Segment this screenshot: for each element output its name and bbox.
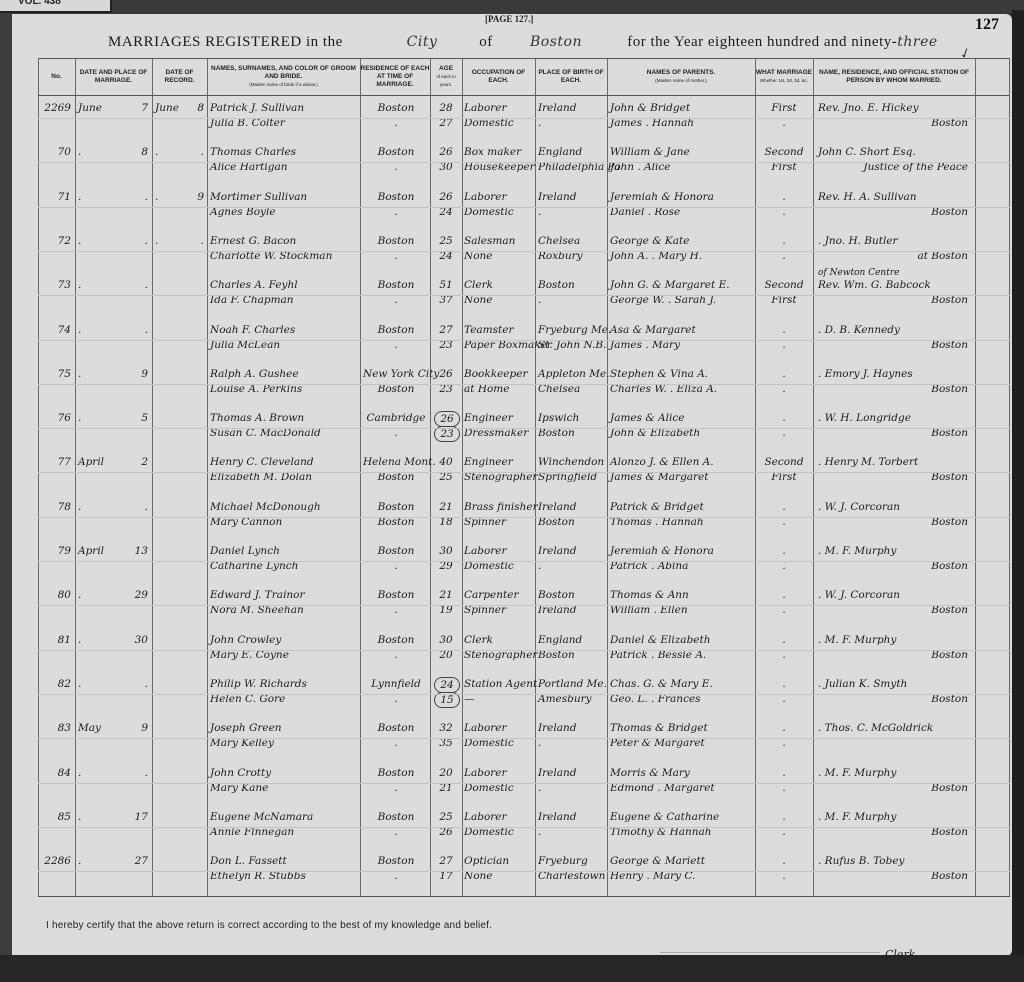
- marriage-month: .: [78, 810, 118, 824]
- row-divider: [38, 738, 1010, 739]
- groom-marriage-number: .: [756, 677, 812, 691]
- groom-age: 28: [432, 101, 460, 115]
- groom-birthplace: Ireland: [538, 500, 606, 514]
- title-prefix: MARRIAGES REGISTERED in the: [108, 34, 343, 50]
- groom-age: 20: [432, 766, 460, 780]
- groom-occupation: Laborer: [464, 101, 534, 115]
- record-number: 71: [38, 190, 71, 204]
- groom-parents: Stephen & Vina A.: [610, 367, 754, 381]
- groom-residence: Boston: [363, 500, 429, 514]
- marriage-day: .: [120, 278, 148, 292]
- officiant-name: John C. Short Esq.: [818, 145, 973, 159]
- marriage-day: 9: [120, 721, 148, 735]
- header-blank: [975, 59, 1009, 96]
- marriage-month: .: [78, 234, 118, 248]
- marriage-month: .: [78, 278, 118, 292]
- groom-birthplace: Appleton Me.: [538, 367, 606, 381]
- groom-parents: George & Kate: [610, 234, 754, 248]
- groom-age: 30: [432, 544, 460, 558]
- officiant-name: . M. F. Murphy: [818, 544, 973, 558]
- groom-parents: Chas. G. & Mary E.: [610, 677, 754, 691]
- groom-name: Thomas Charles: [210, 145, 360, 159]
- record-number: 80: [38, 588, 71, 602]
- groom-occupation: Clerk: [464, 633, 534, 647]
- groom-name: Henry C. Cleveland: [210, 455, 360, 469]
- groom-marriage-number: .: [756, 633, 812, 647]
- officiant-name: . Henry M. Torbert: [818, 455, 973, 469]
- marriage-day: 9: [120, 367, 148, 381]
- marriage-month: .: [78, 854, 118, 868]
- header-no: No.: [38, 59, 75, 96]
- marriage-day: .: [120, 323, 148, 337]
- groom-residence: Boston: [363, 145, 429, 159]
- groom-parents: Jeremiah & Honora: [610, 190, 754, 204]
- municipality-type: City: [387, 34, 457, 50]
- groom-age: 27: [432, 854, 460, 868]
- row-divider: [38, 561, 1010, 562]
- groom-birthplace: Boston: [538, 278, 606, 292]
- groom-name: Joseph Green: [210, 721, 360, 735]
- groom-parents: Jeremiah & Honora: [610, 544, 754, 558]
- record-month: .: [155, 234, 189, 248]
- marriage-day: 17: [120, 810, 148, 824]
- header-date-record: DATE OF RECORD.: [152, 59, 207, 96]
- groom-marriage-number: .: [756, 190, 812, 204]
- groom-name: Eugene McNamara: [210, 810, 360, 824]
- page-number: 127: [975, 16, 999, 34]
- record-month: .: [155, 145, 189, 159]
- officiant-name: . Julian K. Smyth: [818, 677, 973, 691]
- groom-birthplace: Fryeburg Me.: [538, 323, 606, 337]
- marriage-month: .: [78, 367, 118, 381]
- officiant-name: Rev. Jno. E. Hickey: [818, 101, 973, 115]
- header-occupation: OCCUPATION OF EACH.: [462, 59, 535, 96]
- record-number: 83: [38, 721, 71, 735]
- groom-residence: Boston: [363, 633, 429, 647]
- officiant-name: . W. H. Longridge: [818, 411, 973, 425]
- groom-residence: Helena Mont.: [363, 455, 429, 469]
- scan-border-bottom: [0, 955, 1024, 982]
- record-month: June: [155, 101, 189, 115]
- officiant-name: . W. J. Corcoran: [818, 588, 973, 602]
- marriage-day: 5: [120, 411, 148, 425]
- groom-marriage-number: .: [756, 588, 812, 602]
- record-number: 2269: [38, 101, 71, 115]
- groom-parents: Thomas & Bridget: [610, 721, 754, 735]
- groom-occupation: Station Agent: [464, 677, 534, 691]
- row-divider: [38, 783, 1010, 784]
- groom-occupation: Laborer: [464, 721, 534, 735]
- groom-occupation: Laborer: [464, 544, 534, 558]
- groom-residence: Boston: [363, 810, 429, 824]
- row-divider: [38, 650, 1010, 651]
- row-divider: [38, 517, 1010, 518]
- groom-parents: Eugene & Catharine: [610, 810, 754, 824]
- marriage-day: .: [120, 766, 148, 780]
- officiant-name: . M. F. Murphy: [818, 766, 973, 780]
- groom-residence: Boston: [363, 323, 429, 337]
- groom-marriage-number: .: [756, 411, 812, 425]
- row-divider: [38, 472, 1010, 473]
- marriage-month: .: [78, 145, 118, 159]
- groom-parents: Morris & Mary: [610, 766, 754, 780]
- row-divider: [38, 871, 1010, 872]
- groom-parents: Patrick & Bridget: [610, 500, 754, 514]
- volume-tab: VOL. 438: [0, 0, 112, 13]
- officiant-name: . D. B. Kennedy: [818, 323, 973, 337]
- clerk-signature-label: Clerk.: [885, 948, 919, 961]
- groom-birthplace: Fryeburg: [538, 854, 606, 868]
- groom-marriage-number: .: [756, 766, 812, 780]
- record-number: 81: [38, 633, 71, 647]
- marriage-month: .: [78, 323, 118, 337]
- groom-marriage-number: .: [756, 367, 812, 381]
- groom-birthplace: Ireland: [538, 766, 606, 780]
- groom-age: 26: [434, 411, 460, 427]
- groom-birthplace: England: [538, 145, 606, 159]
- record-number: 70: [38, 145, 71, 159]
- officiant-name: . Thos. C. McGoldrick: [818, 721, 973, 735]
- groom-birthplace: Chelsea: [538, 234, 606, 248]
- record-number: 78: [38, 500, 71, 514]
- officiant-name: . Jno. H. Butler: [818, 234, 973, 248]
- marriage-day: 2: [120, 455, 148, 469]
- marriage-day: 27: [120, 854, 148, 868]
- record-number: 76: [38, 411, 71, 425]
- marriage-month: April: [78, 544, 118, 558]
- row-divider: [38, 251, 1010, 252]
- marriage-day: 30: [120, 633, 148, 647]
- groom-residence: Boston: [363, 766, 429, 780]
- marriage-day: 13: [120, 544, 148, 558]
- of-label: of: [479, 34, 493, 50]
- groom-marriage-number: First: [756, 101, 812, 115]
- header-names: NAMES, SURNAMES, AND COLOR OF GROOM AND …: [207, 59, 360, 96]
- groom-marriage-number: Second: [756, 145, 812, 159]
- record-day: 8: [188, 101, 204, 115]
- marriage-month: .: [78, 633, 118, 647]
- officiant-name: . W. J. Corcoran: [818, 500, 973, 514]
- groom-parents: James & Alice: [610, 411, 754, 425]
- groom-birthplace: England: [538, 633, 606, 647]
- year-suffix: three: [897, 34, 937, 50]
- groom-parents: Daniel & Elizabeth: [610, 633, 754, 647]
- marriage-register-table: No. DATE AND PLACE OF MARRIAGE. DATE OF …: [38, 58, 1010, 897]
- groom-name: Mortimer Sullivan: [210, 190, 360, 204]
- marriage-month: .: [78, 677, 118, 691]
- groom-birthplace: Ireland: [538, 810, 606, 824]
- groom-age: 26: [432, 145, 460, 159]
- groom-birthplace: Ireland: [538, 190, 606, 204]
- header-age: AGEof each in years.: [430, 59, 462, 96]
- row-divider: [38, 605, 1010, 606]
- groom-parents: George & Mariett: [610, 854, 754, 868]
- groom-residence: Boston: [363, 234, 429, 248]
- groom-residence: Boston: [363, 190, 429, 204]
- groom-age: 51: [432, 278, 460, 292]
- groom-age: 32: [432, 721, 460, 735]
- marriage-month: .: [78, 588, 118, 602]
- marriage-month: .: [78, 766, 118, 780]
- groom-occupation: Box maker: [464, 145, 534, 159]
- groom-name: Ernest G. Bacon: [210, 234, 360, 248]
- groom-occupation: Brass finisher: [464, 500, 534, 514]
- groom-name: John Crowley: [210, 633, 360, 647]
- row-divider: [38, 428, 1010, 429]
- groom-age: 25: [432, 234, 460, 248]
- groom-age: 21: [432, 588, 460, 602]
- marriage-day: .: [120, 190, 148, 204]
- header-officiant: NAME, RESIDENCE, AND OFFICIAL STATION OF…: [813, 59, 975, 96]
- groom-age: 30: [432, 633, 460, 647]
- officiant-name: . Rufus B. Tobey: [818, 854, 973, 868]
- marriage-day: 29: [120, 588, 148, 602]
- groom-residence: New York City: [363, 367, 429, 381]
- groom-age: 26: [432, 190, 460, 204]
- groom-marriage-number: .: [756, 234, 812, 248]
- groom-age: 27: [432, 323, 460, 337]
- groom-name: John Crotty: [210, 766, 360, 780]
- groom-birthplace: Boston: [538, 588, 606, 602]
- scan-border-top: [0, 0, 1024, 14]
- row-divider: [38, 118, 1010, 119]
- header-which-marriage: WHAT MARRIAGEWhether 1st, 2d, 3d, &c.: [755, 59, 813, 96]
- record-number: 82: [38, 677, 71, 691]
- groom-age: 26: [432, 367, 460, 381]
- officiant-name: Rev. Wm. G. Babcock: [818, 278, 973, 292]
- certification-text: I hereby certify that the above return i…: [46, 920, 492, 931]
- record-month: .: [155, 190, 189, 204]
- groom-residence: Boston: [363, 278, 429, 292]
- signature-line: [660, 952, 880, 953]
- groom-birthplace: Winchendon: [538, 455, 606, 469]
- groom-occupation: Engineer: [464, 455, 534, 469]
- groom-parents: John G. & Margaret E.: [610, 278, 754, 292]
- officiant-name: . Emory J. Haynes: [818, 367, 973, 381]
- groom-occupation: Bookkeeper: [464, 367, 534, 381]
- groom-occupation: Laborer: [464, 810, 534, 824]
- row-divider: [38, 827, 1010, 828]
- row-divider: [38, 162, 1010, 163]
- groom-birthplace: Ireland: [538, 544, 606, 558]
- header-parents: NAMES OF PARENTS.(Maiden name of mother.…: [607, 59, 755, 96]
- groom-name: Michael McDonough: [210, 500, 360, 514]
- row-divider: [38, 384, 1010, 385]
- record-number: 77: [38, 455, 71, 469]
- marriage-day: 7: [120, 101, 148, 115]
- marriage-day: .: [120, 500, 148, 514]
- officiant-name: . M. F. Murphy: [818, 633, 973, 647]
- record-number: 2286: [38, 854, 71, 868]
- groom-occupation: Optician: [464, 854, 534, 868]
- groom-name: Philip W. Richards: [210, 677, 360, 691]
- groom-birthplace: Ireland: [538, 721, 606, 735]
- groom-occupation: Teamster: [464, 323, 534, 337]
- record-number: 79: [38, 544, 71, 558]
- groom-name: Don L. Fassett: [210, 854, 360, 868]
- municipality-name: Boston: [511, 34, 601, 50]
- groom-marriage-number: Second: [756, 455, 812, 469]
- groom-marriage-number: .: [756, 854, 812, 868]
- groom-occupation: Carpenter: [464, 588, 534, 602]
- groom-parents: John & Bridget: [610, 101, 754, 115]
- record-day: 9: [188, 190, 204, 204]
- record-number: 73: [38, 278, 71, 292]
- groom-name: Noah F. Charles: [210, 323, 360, 337]
- record-number: 72: [38, 234, 71, 248]
- scan-border-left: [0, 10, 12, 982]
- marriage-month: June: [78, 101, 118, 115]
- groom-name: Patrick J. Sullivan: [210, 101, 360, 115]
- groom-marriage-number: Second: [756, 278, 812, 292]
- groom-residence: Boston: [363, 854, 429, 868]
- page-label: [PAGE 127.]: [485, 14, 533, 24]
- groom-parents: William & Jane: [610, 145, 754, 159]
- groom-birthplace: Ireland: [538, 101, 606, 115]
- record-day: .: [188, 145, 204, 159]
- groom-marriage-number: .: [756, 323, 812, 337]
- groom-residence: Boston: [363, 544, 429, 558]
- groom-residence: Boston: [363, 588, 429, 602]
- record-number: 85: [38, 810, 71, 824]
- record-number: 75: [38, 367, 71, 381]
- groom-name: Edward J. Trainor: [210, 588, 360, 602]
- groom-birthplace: Ipswich: [538, 411, 606, 425]
- row-divider: [38, 340, 1010, 341]
- groom-age: 21: [432, 500, 460, 514]
- header-date-place: DATE AND PLACE OF MARRIAGE.: [75, 59, 152, 96]
- groom-occupation: Clerk: [464, 278, 534, 292]
- groom-residence: Lynnfield: [363, 677, 429, 691]
- record-number: 84: [38, 766, 71, 780]
- groom-parents: Thomas & Ann: [610, 588, 754, 602]
- groom-age: 40: [432, 455, 460, 469]
- groom-name: Ralph A. Gushee: [210, 367, 360, 381]
- officiant-name: Rev. H. A. Sullivan: [818, 190, 973, 204]
- header-birthplace: PLACE OF BIRTH OF EACH.: [535, 59, 607, 96]
- marriage-month: .: [78, 411, 118, 425]
- year-prefix: for the Year eighteen hundred and ninety…: [627, 34, 897, 50]
- groom-residence: Boston: [363, 721, 429, 735]
- groom-parents: Asa & Margaret: [610, 323, 754, 337]
- groom-age: 24: [434, 677, 460, 693]
- groom-occupation: Laborer: [464, 766, 534, 780]
- groom-occupation: Engineer: [464, 411, 534, 425]
- page-title: MARRIAGES REGISTERED in the City of Bost…: [108, 34, 938, 51]
- marriage-day: .: [120, 677, 148, 691]
- header-residence: RESIDENCE OF EACH AT TIME OF MARRIAGE.: [360, 59, 430, 96]
- scan-border-right: [1012, 10, 1024, 960]
- marriage-month: May: [78, 721, 118, 735]
- row-divider: [38, 207, 1010, 208]
- groom-name: Daniel Lynch: [210, 544, 360, 558]
- officiant-name: . M. F. Murphy: [818, 810, 973, 824]
- groom-birthplace: Portland Me.: [538, 677, 606, 691]
- record-number: 74: [38, 323, 71, 337]
- groom-marriage-number: .: [756, 500, 812, 514]
- groom-marriage-number: .: [756, 810, 812, 824]
- marriage-month: April: [78, 455, 118, 469]
- groom-occupation: Laborer: [464, 190, 534, 204]
- groom-marriage-number: .: [756, 721, 812, 735]
- groom-parents: Alonzo J. & Ellen A.: [610, 455, 754, 469]
- groom-occupation: Salesman: [464, 234, 534, 248]
- groom-name: Thomas A. Brown: [210, 411, 360, 425]
- groom-marriage-number: .: [756, 544, 812, 558]
- groom-age: 25: [432, 810, 460, 824]
- row-divider: [38, 694, 1010, 695]
- marriage-day: .: [120, 234, 148, 248]
- record-day: .: [188, 234, 204, 248]
- marriage-month: .: [78, 190, 118, 204]
- row-divider: [38, 295, 1010, 296]
- groom-residence: Cambridge: [363, 411, 429, 425]
- groom-residence: Boston: [363, 101, 429, 115]
- marriage-month: .: [78, 500, 118, 514]
- groom-name: Charles A. Feyhl: [210, 278, 360, 292]
- marriage-day: 8: [120, 145, 148, 159]
